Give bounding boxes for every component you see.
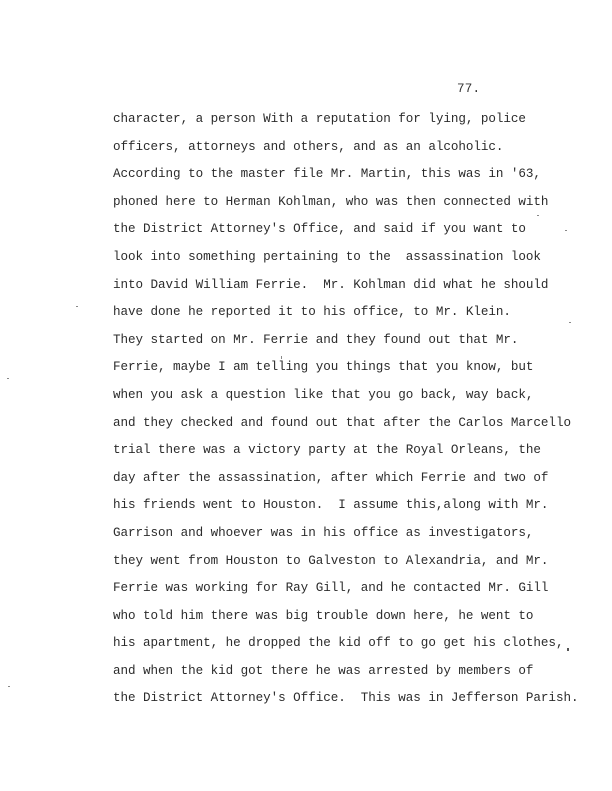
text-line: have done he reported it to his office, …: [113, 303, 573, 331]
text-line: phoned here to Herman Kohlman, who was t…: [113, 193, 573, 221]
text-line: into David William Ferrie. Mr. Kohlman d…: [113, 276, 573, 304]
text-line: According to the master file Mr. Martin,…: [113, 165, 573, 193]
scan-speck: [537, 215, 539, 216]
text-line: his apartment, he dropped the kid off to…: [113, 634, 573, 662]
text-line: character, a person With a reputation fo…: [113, 110, 573, 138]
scan-speck: [281, 356, 282, 359]
transcript-body: character, a person With a reputation fo…: [113, 110, 573, 717]
text-line: and they checked and found out that afte…: [113, 414, 573, 442]
text-line: the District Attorney's Office, and said…: [113, 220, 573, 248]
page-number: 77.: [457, 82, 480, 96]
text-line: Garrison and whoever was in his office a…: [113, 524, 573, 552]
text-line: the District Attorney's Office. This was…: [113, 689, 573, 717]
text-line: trial there was a victory party at the R…: [113, 441, 573, 469]
text-line: officers, attorneys and others, and as a…: [113, 138, 573, 166]
scan-speck: [8, 686, 10, 687]
text-line: day after the assassination, after which…: [113, 469, 573, 497]
scan-speck: [567, 648, 569, 651]
text-line: Ferrie, maybe I am telling you things th…: [113, 358, 573, 386]
text-line: Ferrie was working for Ray Gill, and he …: [113, 579, 573, 607]
scan-speck: [565, 230, 567, 231]
text-line: they went from Houston to Galveston to A…: [113, 552, 573, 580]
document-page: 77. character, a person With a reputatio…: [0, 0, 612, 791]
text-line: and when the kid got there he was arrest…: [113, 662, 573, 690]
scan-speck: [569, 322, 571, 323]
text-line: who told him there was big trouble down …: [113, 607, 573, 635]
scan-speck: [76, 306, 78, 307]
scan-speck: [7, 378, 9, 379]
text-line: look into something pertaining to the as…: [113, 248, 573, 276]
text-line: They started on Mr. Ferrie and they foun…: [113, 331, 573, 359]
text-line: when you ask a question like that you go…: [113, 386, 573, 414]
text-line: his friends went to Houston. I assume th…: [113, 496, 573, 524]
